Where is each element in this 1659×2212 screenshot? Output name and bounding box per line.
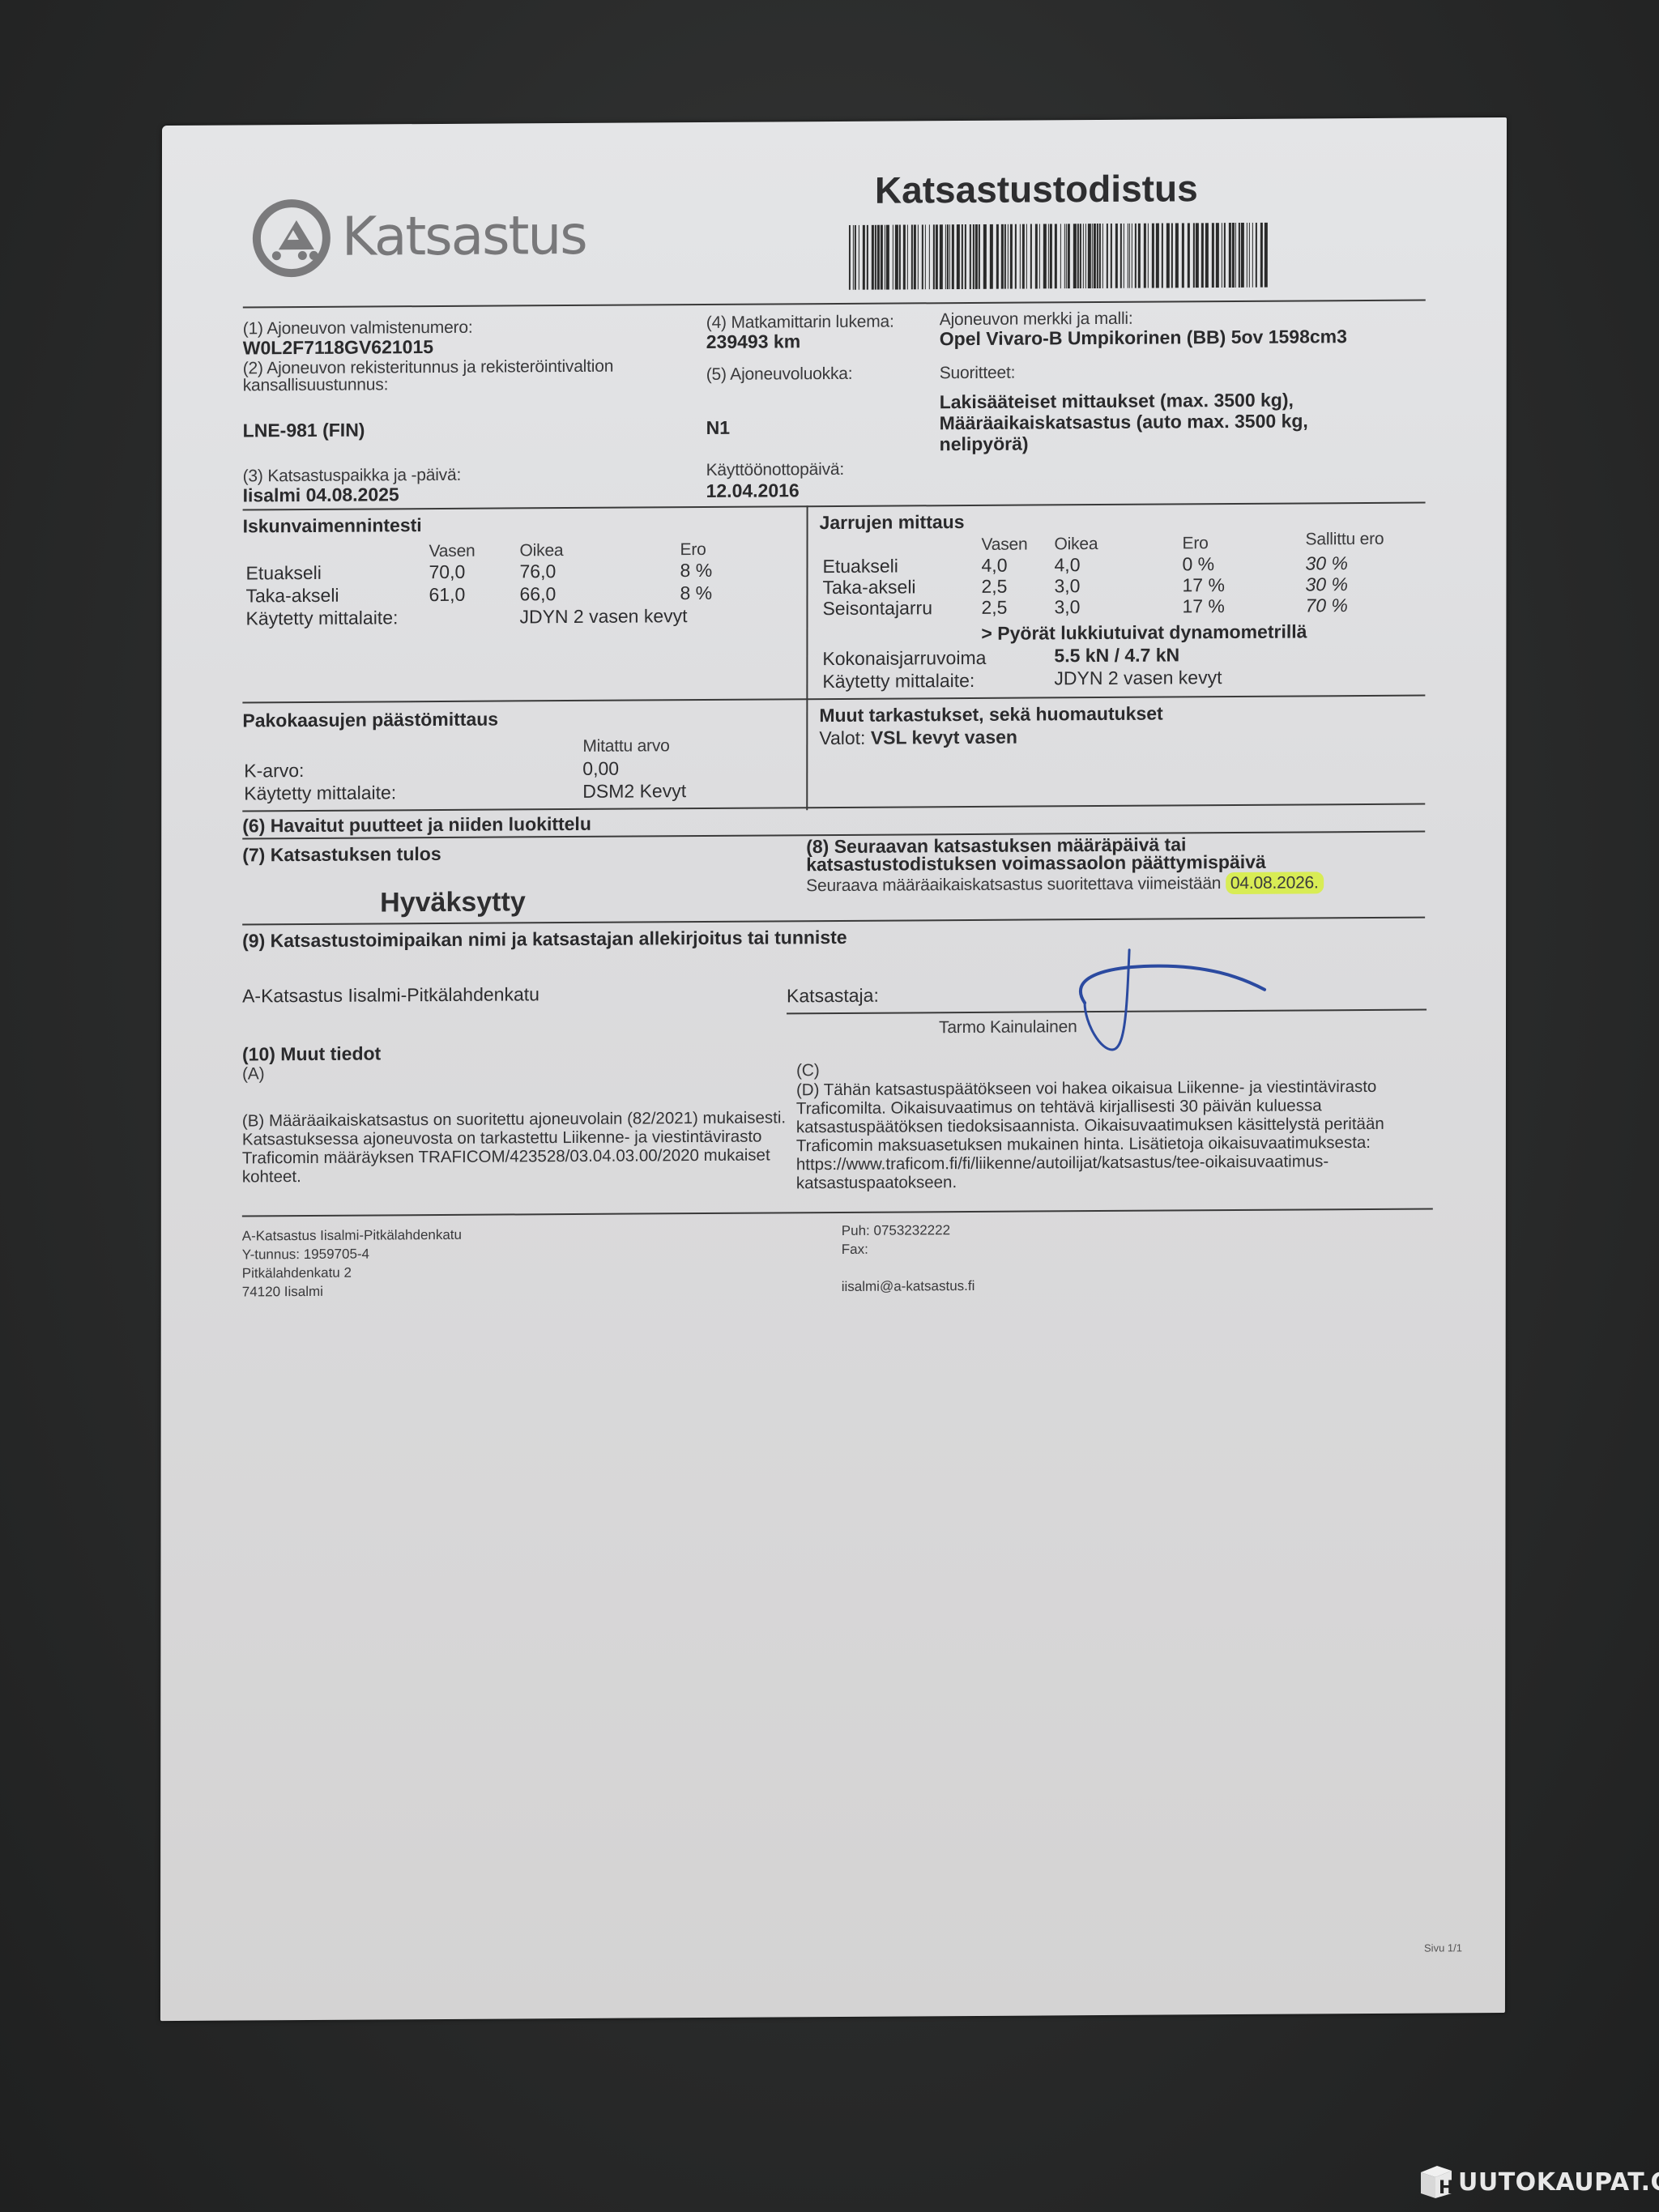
brake-col-allowed: Sallittu ero xyxy=(1306,530,1384,550)
services-line-3: nelipyörä) xyxy=(940,433,1029,456)
shock-device-label: Käytetty mittalaite: xyxy=(245,607,398,629)
place-date-label: (3) Katsastuspaikka ja -päivä: xyxy=(243,466,461,487)
next-inspection-title-2: katsastustodistuksen voimassaolon päätty… xyxy=(806,851,1266,876)
shock-device-value: JDYN 2 vasen kevyt xyxy=(519,605,687,628)
services-label: Suoritteet: xyxy=(940,364,1016,384)
brake-total-label: Kokonaisjarruvoima xyxy=(822,647,986,670)
shock-test-title: Iskunvaimennintesti xyxy=(243,514,422,537)
emission-measured-header: Mitattu arvo xyxy=(582,736,669,757)
footer-fax: Fax: xyxy=(842,1239,975,1259)
other-checks-title: Muut tarkastukset, sekä huomautukset xyxy=(819,703,1162,727)
registration-value: LNE-981 (FIN) xyxy=(243,420,365,442)
shock-col-vasen: Vasen xyxy=(429,542,476,561)
next-inspection-text: Seuraava määräaikaiskatsastus suoritetta… xyxy=(806,873,1324,896)
other-info-b: (B) Määräaikaiskatsastus on suoritettu a… xyxy=(242,1108,793,1186)
footer-address: A-Katsastus Iisalmi-Pitkälahdenkatu Y-tu… xyxy=(242,1225,462,1302)
brake-device-label: Käytetty mittalaite: xyxy=(822,670,975,693)
next-inspection-date: 04.08.2026. xyxy=(1226,872,1324,894)
other-info-a: (A) xyxy=(242,1064,264,1084)
footer-company: A-Katsastus Iisalmi-Pitkälahdenkatu xyxy=(242,1225,462,1246)
footer-postal: 74120 Iisalmi xyxy=(242,1281,462,1302)
registration-label: (2) Ajoneuvon rekisteritunnus ja rekiste… xyxy=(243,357,664,394)
odometer-value: 239493 km xyxy=(706,330,800,353)
h-box-logo-icon: H xyxy=(1419,2164,1453,2200)
footer-phone: Puh: 0753232222 xyxy=(842,1221,975,1240)
place-date-value: Iisalmi 04.08.2025 xyxy=(243,484,399,506)
class-value: N1 xyxy=(706,417,730,439)
brake-row: Etuakseli4,04,00 %30 % xyxy=(162,117,1507,126)
lights-label: Valot: xyxy=(819,727,865,748)
other-checks-lights: Valot: VSL kevyt vasen xyxy=(819,727,1017,749)
a-katsastus-logo: Katsastus xyxy=(162,117,1507,126)
services-line-1: Lakisääteiset mittaukset (max. 3500 kg), xyxy=(940,390,1294,414)
emission-test-title: Pakokaasujen päästömittaus xyxy=(242,709,498,732)
a-logo-icon xyxy=(253,199,331,278)
emission-device-label: Käytetty mittalaite: xyxy=(244,782,396,804)
shock-row: Etuakseli 70,0 76,0 8 % xyxy=(162,117,1507,126)
brake-col-ero: Ero xyxy=(1183,534,1209,553)
station-name: A-Katsastus Iisalmi-Pitkälahdenkatu xyxy=(242,983,539,1007)
defects-title: (6) Havaitut puutteet ja niiden luokitte… xyxy=(242,813,591,837)
services-line-2: Määräaikaiskatsastus (auto max. 3500 kg, xyxy=(940,410,1308,434)
inspection-certificate: Katsastus Katsastustodistus (1) Ajoneuvo… xyxy=(160,117,1507,2021)
commission-date-value: 12.04.2016 xyxy=(706,479,800,502)
document-title: Katsastustodistus xyxy=(875,166,1198,211)
other-info-c: (C) xyxy=(796,1061,820,1080)
brake-note: > Pyörät lukkiutuivat dynamometrillä xyxy=(981,620,1307,644)
vin-value: W0L2F7118GV621015 xyxy=(243,336,433,359)
svg-text:H: H xyxy=(1439,2178,1453,2198)
class-label: (5) Ajoneuvoluokka: xyxy=(706,364,853,385)
make-model-value: Opel Vivaro-B Umpikorinen (BB) 5ov 1598c… xyxy=(940,326,1347,350)
shock-col-oikea: Oikea xyxy=(520,541,564,560)
inspector-label: Katsastaja: xyxy=(787,985,879,1008)
signature-section-title: (9) Katsastustoimipaikan nimi ja katsast… xyxy=(242,927,847,953)
logo-text: Katsastus xyxy=(342,204,586,268)
k-value-label: K-arvo: xyxy=(244,760,304,782)
page-number: Sivu 1/1 xyxy=(1424,1941,1462,1954)
lights-value: VSL kevyt vasen xyxy=(871,727,1017,748)
k-value: 0,00 xyxy=(582,758,619,780)
brake-col-vasen: Vasen xyxy=(982,535,1028,555)
footer-contact: Puh: 0753232222 Fax: iisalmi@a-katsastus… xyxy=(842,1221,975,1296)
commission-date-label: Käyttöönottopäivä: xyxy=(706,460,844,480)
brake-col-oikea: Oikea xyxy=(1055,535,1098,554)
footer-email: iisalmi@a-katsastus.fi xyxy=(842,1276,975,1296)
watermark-text: UUTOKAUPAT.COM xyxy=(1458,2168,1659,2197)
brake-total-value: 5.5 kN / 4.7 kN xyxy=(1054,644,1179,667)
shock-row: Taka-akseli 61,0 66,0 8 % xyxy=(162,117,1507,126)
other-info-title: (10) Muut tiedot xyxy=(242,1042,381,1065)
footer-business-id: Y-tunnus: 1959705-4 xyxy=(242,1244,462,1264)
shock-col-ero: Ero xyxy=(680,540,706,560)
brake-device-value: JDYN 2 vasen kevyt xyxy=(1054,667,1222,689)
result-title: (7) Katsastuksen tulos xyxy=(242,843,441,866)
barcode xyxy=(849,223,1270,290)
brake-row: Seisontajarru2,53,017 %70 % xyxy=(162,117,1507,126)
emission-device-value: DSM2 Kevyt xyxy=(582,780,686,803)
brake-row: Taka-akseli2,53,017 %30 % xyxy=(162,117,1507,126)
inspector-signature xyxy=(1052,945,1295,1052)
odometer-label: (4) Matkamittarin lukema: xyxy=(706,313,894,333)
other-info-d: (D) Tähän katsastuspäätökseen voi hakea … xyxy=(796,1077,1420,1193)
result-value: Hyväksytty xyxy=(380,886,526,918)
brake-test-title: Jarrujen mittaus xyxy=(820,511,965,534)
huutokaupat-watermark: H UUTOKAUPAT.COM xyxy=(1419,2164,1659,2200)
footer-street: Pitkälahdenkatu 2 xyxy=(242,1263,462,1283)
